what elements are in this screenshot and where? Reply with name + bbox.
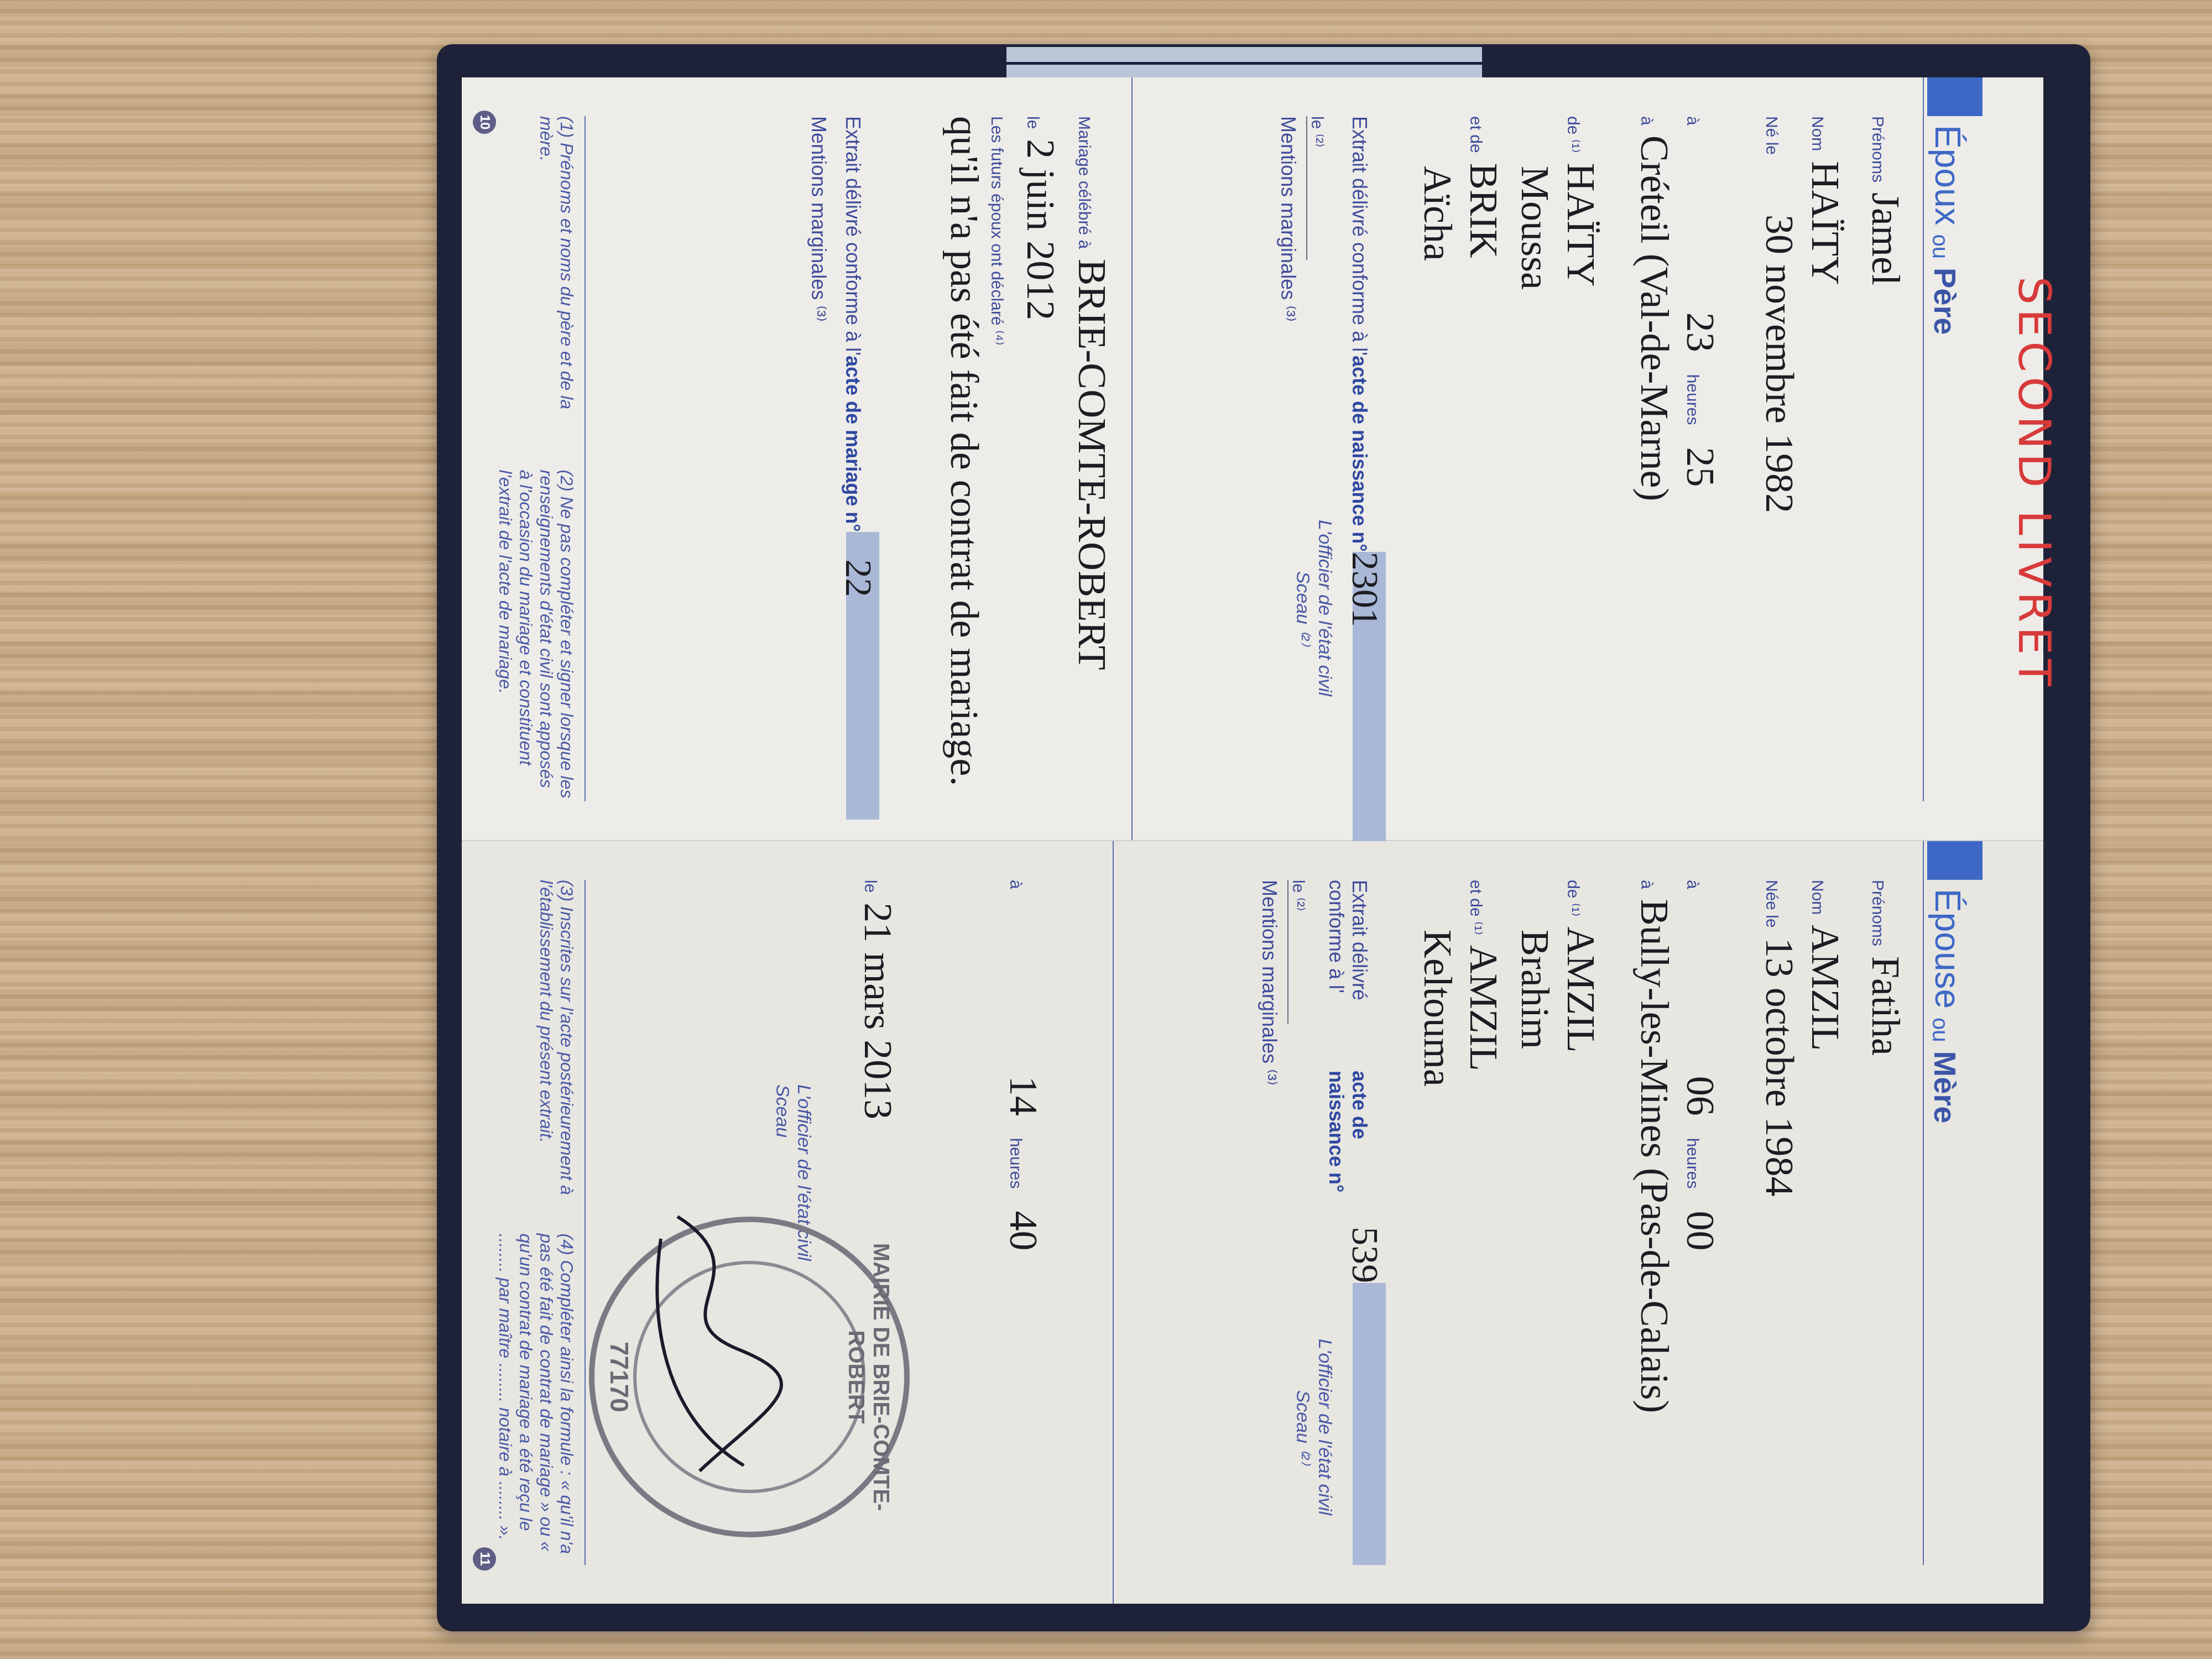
nom-value: HAÏTY <box>1802 161 1848 285</box>
acte-mariage-number: 22 <box>837 560 880 597</box>
field-mere: et de ⁽¹⁾ AMZIL <box>1460 880 1506 1565</box>
officer-signature <box>644 1206 788 1482</box>
footnotes-right: (3) Inscrites sur l'acte postérieurement… <box>495 880 586 1565</box>
page-number: 11 <box>473 1547 496 1571</box>
page-right: Épouse ou Mère Prénoms Fatiha Nom AMZIL … <box>462 841 2043 1604</box>
field-heure: à 23 heures 25 <box>1677 116 1723 801</box>
booklet-spread: SECOND LIVRET Époux ou Père Prénoms Jame… <box>459 72 2046 1609</box>
field-prenoms: Prénoms Fatiha <box>1863 880 1908 1565</box>
handwritten-note: SECOND LIVRET <box>2008 276 2060 691</box>
field-date-naissance: Née le 13 octobre 1984 <box>1756 880 1802 1565</box>
field-mariage-heure: à 14 heures 40 <box>1000 880 1046 1565</box>
field-pere: de ⁽¹⁾ HAÏTY <box>1558 116 1604 801</box>
prenoms-value: Jamel <box>1863 192 1908 285</box>
field-lieu: à Créteil (Val-de-Marne) <box>1631 116 1677 801</box>
footnotes-left: (1) Prénoms et noms du père et de la mèr… <box>495 116 586 801</box>
field-mariage-lieu: Mariage célébré à BRIE-COMTE-ROBERT <box>1069 116 1115 801</box>
extrait-mariage: Extrait délivré conforme à l' acte de ma… <box>837 116 880 801</box>
officer-signature-block: L'officier de l'état civil Sceau ⁽²⁾ <box>1292 1339 1335 1515</box>
field-date-naissance: Né le 30 novembre 1982 <box>1756 116 1802 801</box>
section-tab-marker <box>1927 841 1983 880</box>
divider <box>1113 841 1114 1604</box>
officer-signature-block: L'officier de l'état civil Sceau ⁽²⁾ <box>1292 520 1335 696</box>
field-prenoms: Prénoms Jamel <box>1863 116 1908 801</box>
field-mariage-date: le 2 juin 2012 <box>1018 116 1063 801</box>
page-left: SECOND LIVRET Époux ou Père Prénoms Jame… <box>462 77 2043 841</box>
field-pere: de ⁽¹⁾ AMZIL <box>1558 880 1604 1565</box>
contrat-declaration: qu'il n'a pas été fait de contrat de mar… <box>941 116 987 801</box>
field-lieu: à Bully-les-Mines (Pas-de-Calais) <box>1631 880 1677 1565</box>
field-heure: à 06 heures 00 <box>1677 880 1723 1565</box>
field-nom: Nom HAÏTY <box>1802 116 1848 801</box>
field-mere: et de BRIK <box>1460 116 1506 801</box>
acte-number-highlight <box>1353 1283 1386 1565</box>
section-tab-marker <box>1927 77 1983 116</box>
page-number: 10 <box>473 111 496 134</box>
divider <box>1131 77 1133 840</box>
acte-naissance-number: 539 <box>1343 1227 1387 1283</box>
extrait-naissance: Extrait délivré conforme à l' acte de na… <box>1343 116 1387 801</box>
section-title-epouse: Épouse ou Mère <box>1923 841 1983 1565</box>
field-nom: Nom AMZIL <box>1802 880 1848 1565</box>
acte-naissance-number: 2301 <box>1343 552 1387 627</box>
section-title-epoux: Époux ou Père <box>1923 77 1983 801</box>
